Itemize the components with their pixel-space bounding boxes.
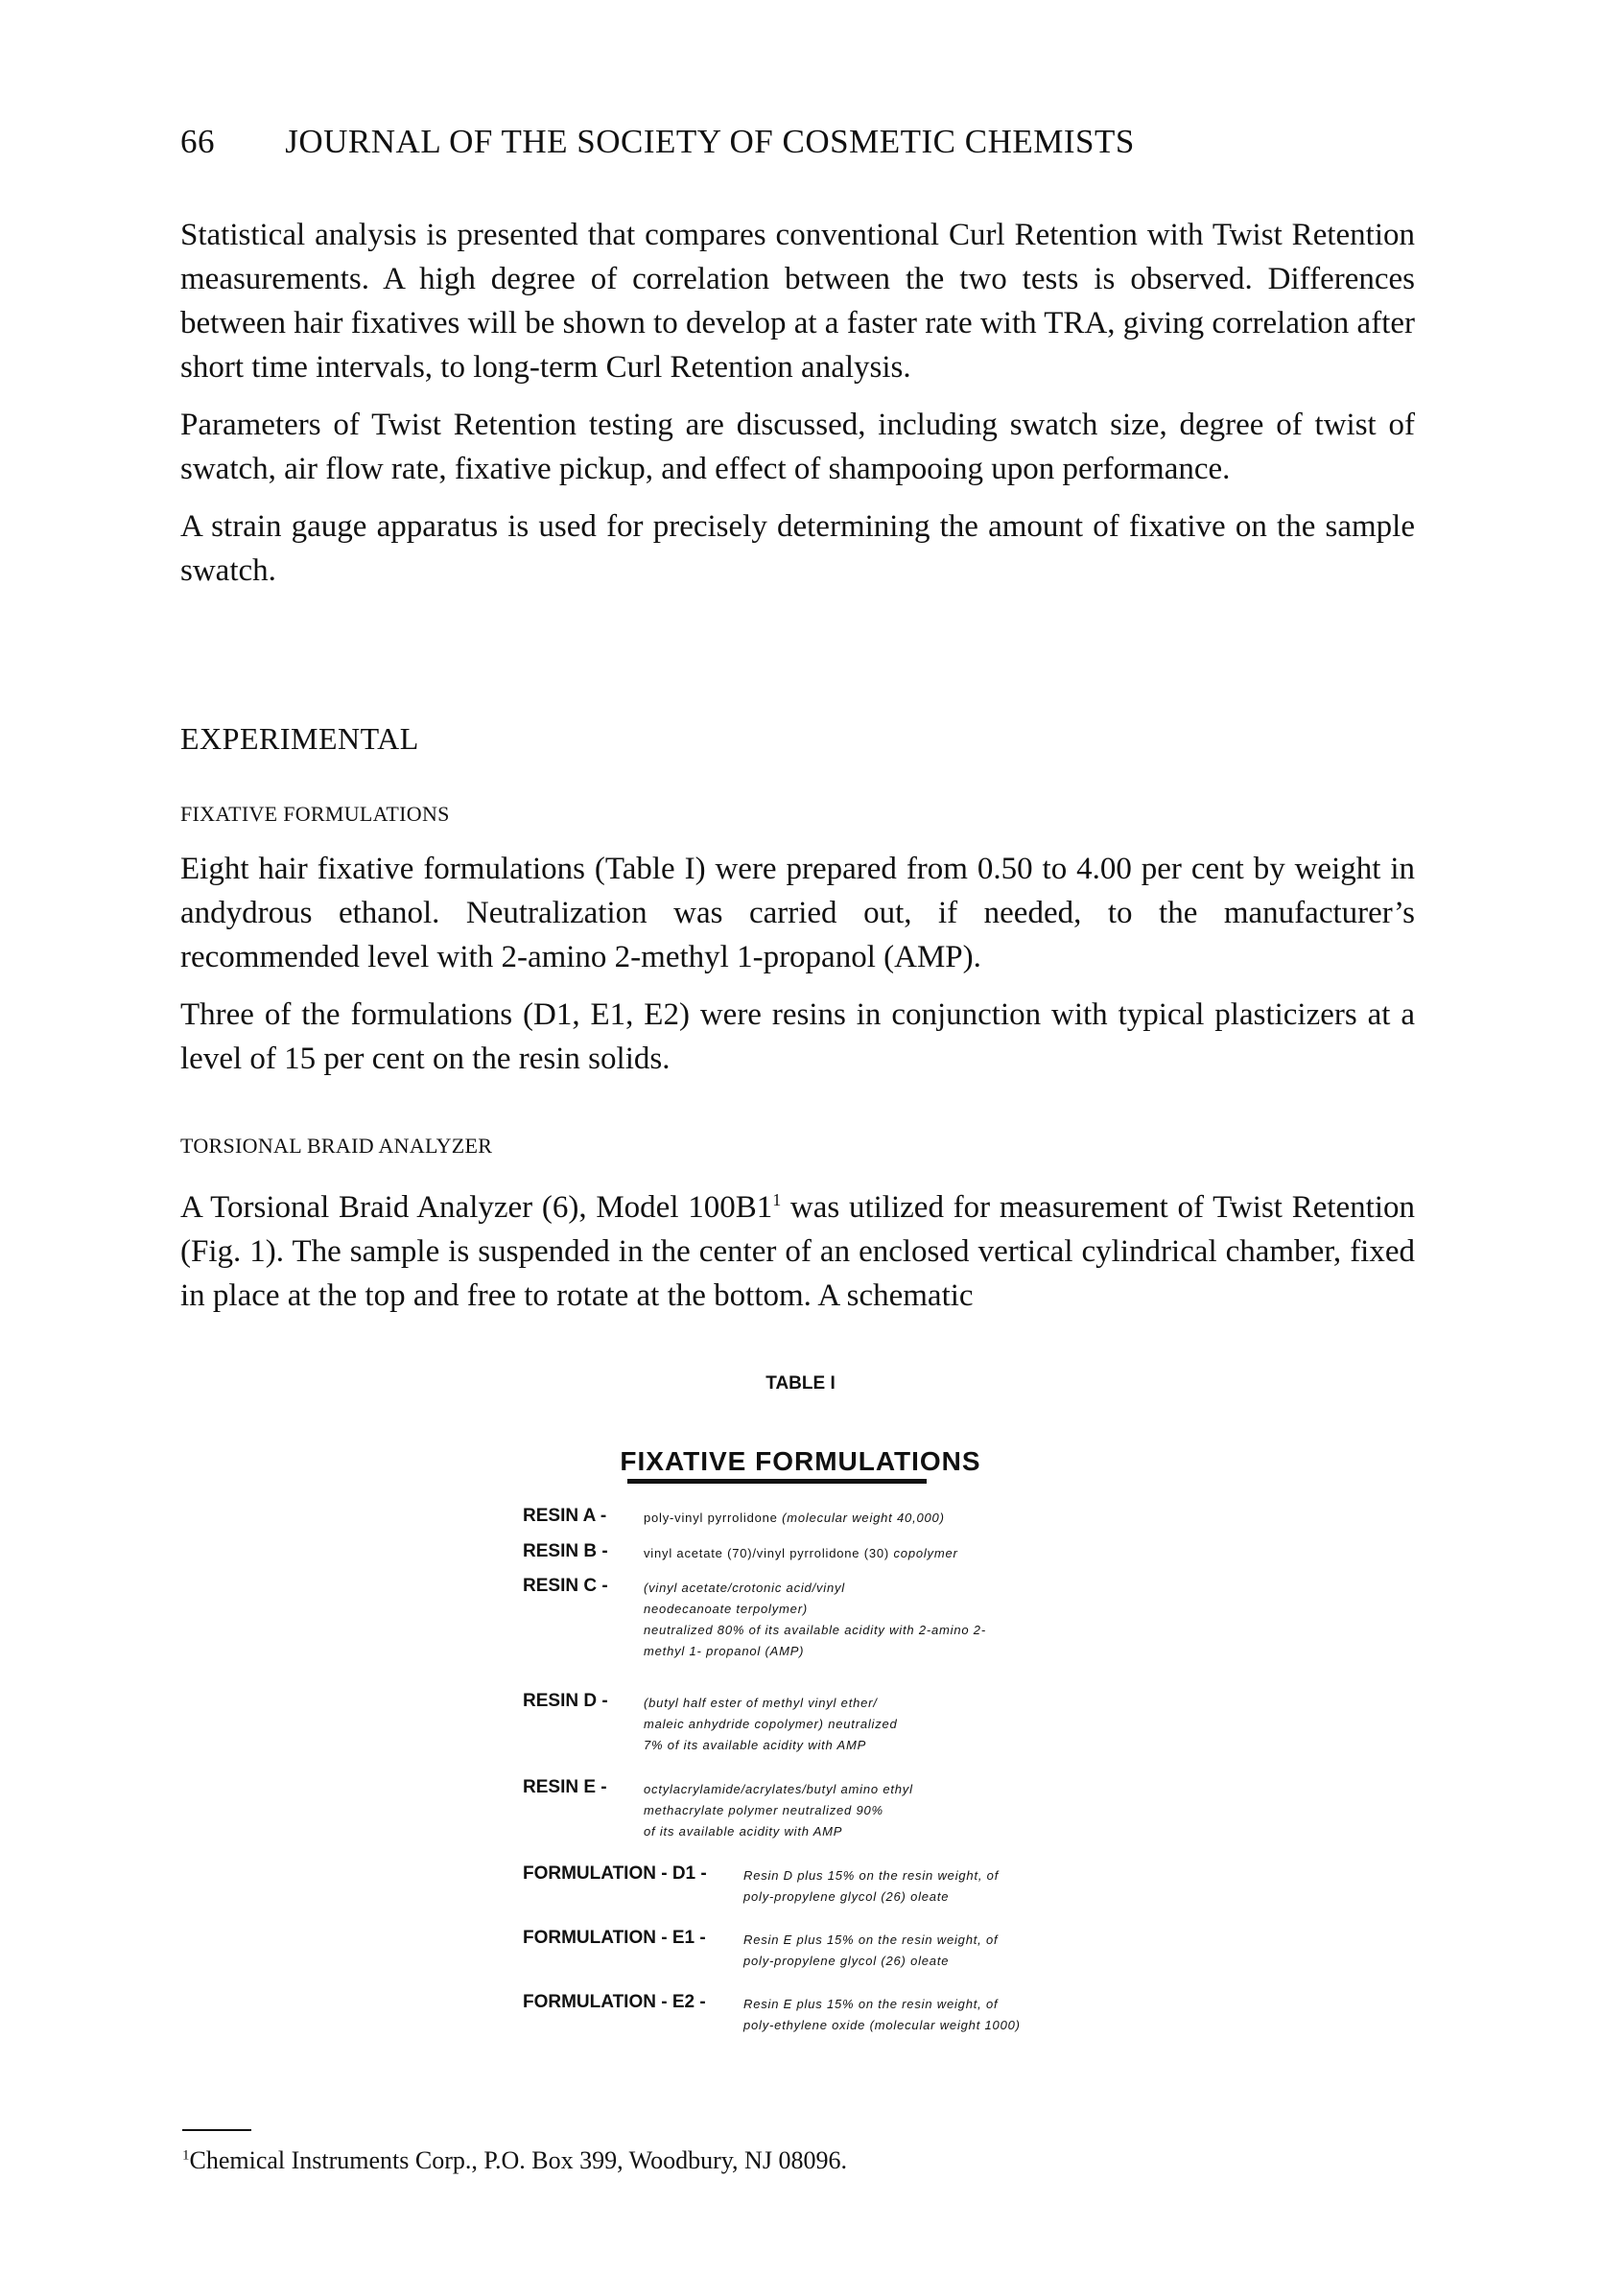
table-row-description: octylacrylamide/acrylates/butyl amino et… xyxy=(644,1779,913,1842)
subheading-torsional-braid-analyzer: TORSIONAL BRAID ANALYZER xyxy=(180,1134,492,1159)
table-row-description: vinyl acetate (70)/vinyl pyrrolidone (30… xyxy=(644,1543,958,1564)
fixative-formulations-text: Eight hair fixative formulations (Table … xyxy=(180,847,1415,1094)
intro-paragraph: Statistical analysis is presented that c… xyxy=(180,213,1415,389)
table-row: RESIN E -octylacrylamide/acrylates/butyl… xyxy=(523,1777,913,1842)
table-row-key: RESIN D - xyxy=(523,1691,644,1756)
page-number: 66 xyxy=(180,123,276,161)
table-row-description: Resin E plus 15% on the resin weight, of… xyxy=(743,1994,1021,2036)
intro-paragraph: A strain gauge apparatus is used for pre… xyxy=(180,504,1415,593)
table-row-key: RESIN C - xyxy=(523,1576,644,1662)
footnote-ref: 1 xyxy=(772,1190,781,1209)
table-row: RESIN B -vinyl acetate (70)/vinyl pyrrol… xyxy=(523,1541,958,1564)
table-row-key: FORMULATION - D1 - xyxy=(523,1863,743,1908)
running-head: 66 JOURNAL OF THE SOCIETY OF COSMETIC CH… xyxy=(180,123,1427,161)
footnote-rule xyxy=(182,2129,251,2131)
footnote-marker: 1 xyxy=(182,2147,190,2163)
table-row: RESIN C -(vinyl acetate/crotonic acid/vi… xyxy=(523,1576,986,1662)
section-heading-experimental: EXPERIMENTAL xyxy=(180,721,419,757)
paragraph: A Torsional Braid Analyzer (6), Model 10… xyxy=(180,1178,1415,1318)
footnote-text: Chemical Instruments Corp., P.O. Box 399… xyxy=(190,2146,847,2174)
paragraph: Eight hair fixative formulations (Table … xyxy=(180,847,1415,979)
table-row: FORMULATION - D1 -Resin D plus 15% on th… xyxy=(523,1863,999,1908)
footnote: 1Chemical Instruments Corp., P.O. Box 39… xyxy=(182,2146,847,2175)
table-row-key: FORMULATION - E2 - xyxy=(523,1992,743,2036)
table-title: FIXATIVE FORMULATIONS xyxy=(0,1446,1601,1477)
table-row: RESIN D -(butyl half ester of methyl vin… xyxy=(523,1691,898,1756)
text-run: A Torsional Braid Analyzer (6), Model 10… xyxy=(180,1190,772,1225)
table-row-key: RESIN A - xyxy=(523,1506,644,1529)
table-row: RESIN A -poly-vinyl pyrrolidone (molecul… xyxy=(523,1506,945,1529)
table-row-description: Resin D plus 15% on the resin weight, of… xyxy=(743,1865,999,1908)
journal-title: JOURNAL OF THE SOCIETY OF COSMETIC CHEMI… xyxy=(285,123,1135,161)
table-row: FORMULATION - E2 -Resin E plus 15% on th… xyxy=(523,1992,1021,2036)
table-row-key: FORMULATION - E1 - xyxy=(523,1928,743,1972)
table-title-rule xyxy=(627,1479,927,1484)
torsional-braid-text: A Torsional Braid Analyzer (6), Model 10… xyxy=(180,1178,1415,1331)
table-row-key: RESIN B - xyxy=(523,1541,644,1564)
table-row-key: RESIN E - xyxy=(523,1777,644,1842)
table-row-description: (butyl half ester of methyl vinyl ether/… xyxy=(644,1693,898,1756)
intro-paragraph: Parameters of Twist Retention testing ar… xyxy=(180,403,1415,491)
intro-text: Statistical analysis is presented that c… xyxy=(180,213,1415,606)
table-row-description: (vinyl acetate/crotonic acid/vinyl neode… xyxy=(644,1578,986,1662)
table-row-description: poly-vinyl pyrrolidone (molecular weight… xyxy=(644,1508,945,1529)
table-label: TABLE I xyxy=(0,1373,1601,1394)
paragraph: Three of the formulations (D1, E1, E2) w… xyxy=(180,993,1415,1081)
table-row: FORMULATION - E1 -Resin E plus 15% on th… xyxy=(523,1928,998,1972)
table-row-description: Resin E plus 15% on the resin weight, of… xyxy=(743,1930,998,1972)
subheading-fixative-formulations: FIXATIVE FORMULATIONS xyxy=(180,802,450,827)
